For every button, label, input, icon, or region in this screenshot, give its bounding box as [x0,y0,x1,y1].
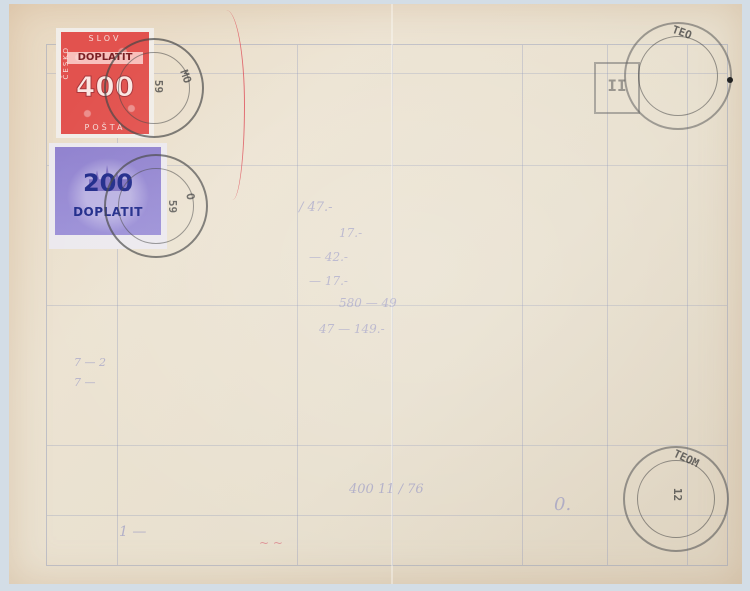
grid-row-line [47,445,727,446]
handwriting-note: 7 — 2 [74,356,106,369]
postmark-text: O [184,192,198,201]
handwriting-note: 0. [554,494,571,515]
postmark-date: 59 [152,80,165,93]
postmark-stamp-top: MO 59 [104,38,204,138]
handwriting-line: / 47.- [299,200,333,215]
postmark-date: 59 [166,200,179,213]
handwriting-note: 7 — [74,376,96,389]
handwriting-note: 400 11 / 76 [349,482,424,497]
postmark-top-right: TEO [624,22,732,130]
postmark-date: 12 [671,488,684,501]
document-paper: SLOV ČESKO DOPLATIT 400 POŠTA 200 DOPLAT… [9,4,742,584]
postmark-stamp-bottom: O 59 [104,154,208,258]
handwriting-line: 580 — 49 [339,296,397,310]
handwriting-note: 1 — [119,524,146,540]
paper-fold [391,4,393,584]
postmark-bottom-right: TEOM 12 [623,446,729,552]
handwriting-line: — 42.- [309,250,348,264]
red-pencil-mark: ~ ~ [259,536,283,550]
handwriting-line: 47 — 149.- [319,322,385,336]
ink-dot [727,77,733,83]
red-pencil-line [214,10,245,200]
postmark-inner-ring [118,168,194,244]
postmark-inner-ring [638,36,718,116]
handwriting-line: — 17.- [309,274,348,288]
handwriting-line: 17.- [339,226,362,240]
